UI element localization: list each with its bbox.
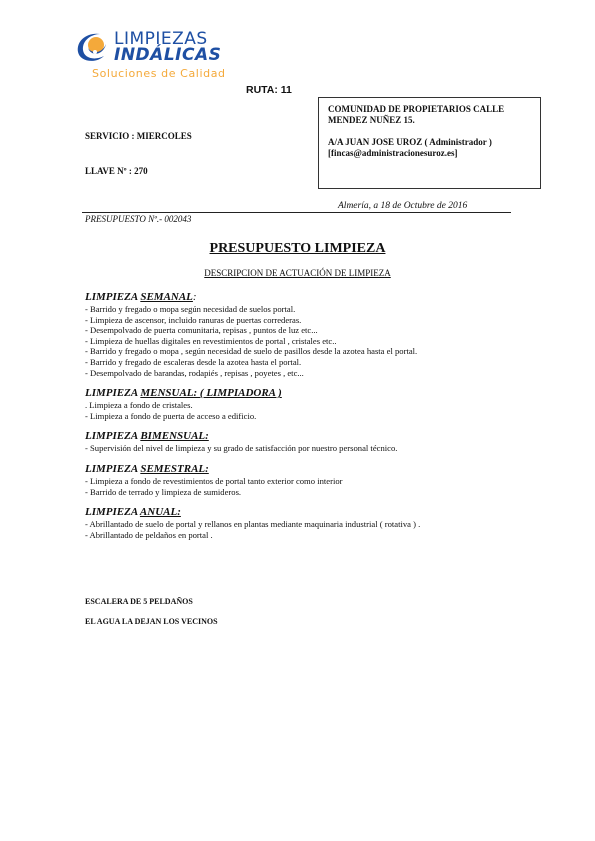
document-date: Almería, a 18 de Octubre de 2016 — [338, 201, 467, 211]
section-semestral: LIMPIEZA SEMESTRAL:- Limpieza a fondo de… — [85, 463, 555, 497]
section-mensual-limpiadora: LIMPIEZA MENSUAL: ( LIMPIADORA ). Limpie… — [85, 387, 555, 421]
company-logo: LIMPIEZAS INDÁLICAS Soluciones de Calida… — [74, 28, 244, 80]
logo-swoosh-icon — [74, 30, 114, 64]
recipient-email: [fincas@administracionesuroz.es] — [328, 148, 531, 159]
document-subtitle: DESCRIPCION DE ACTUACIÓN DE LIMPIEZA — [0, 268, 595, 278]
list-item: - Abrillantado de peldaños en portal . — [85, 530, 555, 541]
section-bimensual: LIMPIEZA BIMENSUAL:- Supervisión del niv… — [85, 430, 555, 454]
section-heading-prefix: LIMPIEZA — [85, 387, 140, 399]
section-heading-label: ANUAL: — [140, 506, 181, 518]
logo-tagline: Soluciones de Calidad — [92, 67, 226, 80]
list-item: - Abrillantado de suelo de portal y rell… — [85, 519, 555, 530]
note-water: EL AGUA LA DEJAN LOS VECINOS — [85, 617, 218, 627]
section-heading: LIMPIEZA MENSUAL: ( LIMPIADORA ) — [85, 387, 555, 400]
recipient-line: MENDEZ NUÑEZ 15. — [328, 115, 531, 126]
list-item: - Barrido de terrado y limpieza de sumid… — [85, 487, 555, 498]
section-heading-prefix: LIMPIEZA — [85, 291, 140, 303]
section-heading: LIMPIEZA SEMESTRAL: — [85, 463, 555, 476]
section-heading-suffix: : — [193, 291, 197, 303]
section-heading-prefix: LIMPIEZA — [85, 463, 140, 475]
section-heading: LIMPIEZA SEMANAL: — [85, 291, 555, 304]
list-item: - Limpieza a fondo de puerta de acceso a… — [85, 411, 555, 422]
note-stairs: ESCALERA DE 5 PELDAÑOS — [85, 597, 218, 607]
budget-number: PRESUPUESTO Nº.- 002043 — [85, 214, 191, 224]
list-item: - Limpieza a fondo de revestimientos de … — [85, 476, 555, 487]
section-anual: LIMPIEZA ANUAL:- Abrillantado de suelo d… — [85, 506, 555, 540]
section-heading: LIMPIEZA BIMENSUAL: — [85, 430, 555, 443]
recipient-address-box: COMUNIDAD DE PROPIETARIOS CALLE MENDEZ N… — [318, 97, 541, 189]
header-divider — [82, 212, 511, 213]
recipient-line: COMUNIDAD DE PROPIETARIOS CALLE — [328, 104, 531, 115]
list-item: . Limpieza a fondo de cristales. — [85, 400, 555, 411]
section-heading-label: MENSUAL: ( LIMPIADORA ) — [140, 387, 282, 399]
section-heading-label: SEMANAL — [140, 291, 193, 303]
section-heading-prefix: LIMPIEZA — [85, 430, 140, 442]
list-item: - Barrido y fregado o mopa según necesid… — [85, 304, 555, 315]
key-number: LLAVE Nº : 270 — [85, 166, 148, 176]
notes: ESCALERA DE 5 PELDAÑOS EL AGUA LA DEJAN … — [85, 597, 218, 637]
list-item: - Desempolvado de barandas, rodapiés , r… — [85, 368, 555, 379]
list-item: - Supervisión del nivel de limpieza y su… — [85, 443, 555, 454]
cleaning-sections: LIMPIEZA SEMANAL:- Barrido y fregado o m… — [85, 291, 555, 549]
route-label: RUTA: 11 — [246, 84, 292, 96]
service-day: SERVICIO : MIERCOLES — [85, 131, 192, 141]
list-item: - Barrido y fregado o mopa , según neces… — [85, 346, 555, 357]
section-heading-label: BIMENSUAL: — [140, 430, 208, 442]
list-item: - Desempolvado de puerta comunitaria, re… — [85, 325, 555, 336]
section-semanal: LIMPIEZA SEMANAL:- Barrido y fregado o m… — [85, 291, 555, 378]
section-heading-label: SEMESTRAL: — [140, 463, 208, 475]
section-heading-prefix: LIMPIEZA — [85, 506, 140, 518]
list-item: - Limpieza de ascensor, incluido ranuras… — [85, 315, 555, 326]
section-heading: LIMPIEZA ANUAL: — [85, 506, 555, 519]
list-item: - Limpieza de huellas digitales en reves… — [85, 336, 555, 347]
list-item: - Barrido y fregado de escaleras desde l… — [85, 357, 555, 368]
logo-text-line2: INDÁLICAS — [114, 47, 221, 64]
recipient-attention: A/A JUAN JOSE UROZ ( Administrador ) — [328, 137, 531, 148]
document-title: PRESUPUESTO LIMPIEZA — [0, 241, 595, 257]
